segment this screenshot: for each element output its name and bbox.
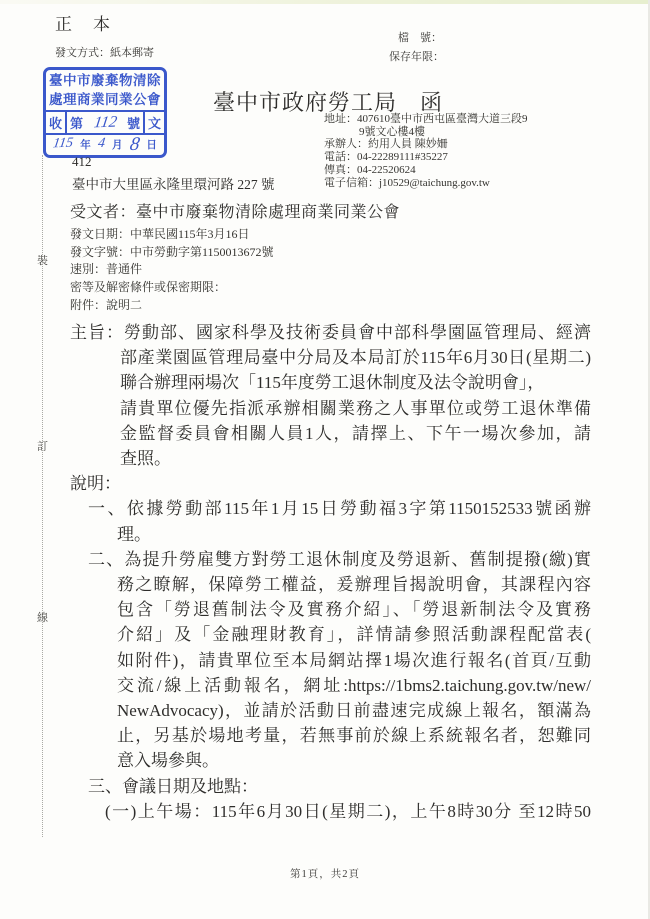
sender-address-line1: 地址：407610臺中市西屯區臺灣大道三段9 — [324, 113, 528, 126]
body-line: 一、依據勞動部115年1月15日勞動福3字第1150152533號函辦 — [70, 496, 591, 521]
stamp-date-row: 115 年 4 月 8 日 — [46, 133, 164, 153]
contact-person: 承辦人：約用人員 陳妙姍 — [324, 138, 528, 151]
body-line: 包含「勞退舊制法令及實務介紹」、「勞退新制法令及實務 — [70, 597, 591, 622]
stamp-year-label: 年 — [80, 137, 91, 152]
priority: 速別：普通件 — [70, 261, 274, 279]
recipient-street-address: 臺中市大里區永隆里環河路 227 號 — [72, 173, 275, 193]
body-line: 金監督委員會相關人員1人，請擇上、下午一場次參加，請 — [70, 421, 591, 446]
stamp-org-line2: 處理商業同業公會 — [46, 90, 164, 109]
stamp-org-line1: 臺中市廢棄物清除 — [46, 71, 164, 90]
copy-type-label: 正 本 — [55, 10, 112, 35]
body-line: 意入場參與。 — [70, 748, 591, 773]
body-line: 理。 — [70, 522, 591, 547]
stamp-month-label: 月 — [112, 137, 123, 152]
stamp-number-cell: 第 112 號 — [67, 112, 143, 133]
stamp-day-label: 日 — [146, 137, 157, 152]
stamp-organization-name: 臺中市廢棄物清除 處理商業同業公會 — [46, 70, 164, 110]
binding-mark-ding: 訂 — [35, 438, 50, 454]
contact-fax: 傳真：04-22520624 — [324, 164, 528, 177]
stamp-document-number-row: 收 第 112 號 文 — [46, 110, 164, 133]
receipt-stamp: 臺中市廢棄物清除 處理商業同業公會 收 第 112 號 文 115 年 4 月 … — [43, 67, 167, 158]
body-line: 聯合辦理兩場次「115年度勞工退休制度及法令說明會」， — [70, 370, 591, 395]
sender-address-line2: 9號文心樓4樓 — [324, 126, 528, 139]
body-line: 主旨：勞動部、國家科學及技術委員會中部科學園區管理局、經濟 — [70, 320, 591, 345]
recipient-line: 受文者：臺中市廢棄物清除處理商業同業公會 — [70, 199, 400, 222]
binding-mark-xian: 線 — [35, 609, 50, 625]
attachment: 附件：說明二 — [70, 297, 274, 315]
body-line: 務之瞭解，保障勞工權益，爰辦理旨揭說明會，其課程內容 — [70, 572, 591, 597]
stamp-month-handwritten: 4 — [97, 137, 106, 151]
file-number-label: 檔 號： — [398, 29, 442, 45]
stamp-number-handwritten: 112 — [92, 114, 117, 131]
body-line: 說明： — [70, 471, 591, 496]
issue-number: 發文字號：中市勞動字第1150013672號 — [70, 244, 274, 262]
stamp-number-prefix: 第 — [70, 113, 83, 132]
stamp-day-handwritten: 8 — [128, 134, 140, 153]
sender-contact-block: 地址：407610臺中市西屯區臺灣大道三段9 9號文心樓4樓 承辦人：約用人員 … — [324, 113, 528, 189]
letter-body: 主旨：勞動部、國家科學及技術委員會中部科學園區管理局、經濟部產業園區管理局臺中分… — [70, 320, 591, 824]
contact-email: 電子信箱：j10529@taichung.gov.tw — [324, 177, 528, 190]
body-line: (一)上午場：115年6月30日(星期二)，上午8時30分 至12時50 — [70, 799, 591, 824]
body-line: 交流/線上活動報名，網址:https://1bms2.taichung.gov.… — [70, 673, 591, 698]
stamp-number-suffix: 號 — [127, 113, 140, 132]
recipient-zip-code: 412 — [72, 154, 92, 170]
body-line: 查照。 — [70, 446, 591, 471]
binding-mark-zhuang: 裝 — [35, 252, 50, 268]
body-line: NewAdvocacy)，並請於活動日前盡速完成線上報名，額滿為 — [70, 698, 591, 723]
scan-top-edge-artifact — [0, 0, 650, 4]
body-line: 介紹」及「金融理財教育」，詳情請參照活動課程配當表( — [70, 622, 591, 647]
body-line: 部產業園區管理局臺中分局及本局訂於115年6月30日(星期二) — [70, 345, 591, 370]
delivery-method-label: 發文方式：紙本郵寄 — [55, 44, 154, 60]
security-classification: 密等及解密條件或保密期限： — [70, 279, 274, 297]
body-line: 三、會議日期及地點： — [70, 774, 591, 799]
stamp-doc-label: 文 — [143, 112, 164, 133]
retention-period-label: 保存年限： — [389, 48, 444, 64]
body-line: 如附件)，請貴單位至本局網站擇1場次進行報名(首頁/互動 — [70, 648, 591, 673]
document-meta-block: 發文日期：中華民國115年3月16日 發文字號：中市勞動字第1150013672… — [70, 226, 274, 315]
page-number-footer: 第1頁，共2頁 — [0, 866, 650, 881]
body-line: 請貴單位優先指派承辦相關業務之人事單位或勞工退休準備 — [70, 396, 591, 421]
stamp-year-handwritten: 115 — [52, 137, 74, 152]
stamp-receive-label: 收 — [46, 112, 67, 133]
contact-phone: 電話：04-22289111#35227 — [324, 151, 528, 164]
issue-date: 發文日期：中華民國115年3月16日 — [70, 226, 274, 244]
body-line: 止，另基於場地考量，若無事前於線上系統報名者，恕難同 — [70, 723, 591, 748]
body-line: 二、為提升勞雇雙方對勞工退休制度及勞退新、舊制提撥(繳)實 — [70, 547, 591, 572]
